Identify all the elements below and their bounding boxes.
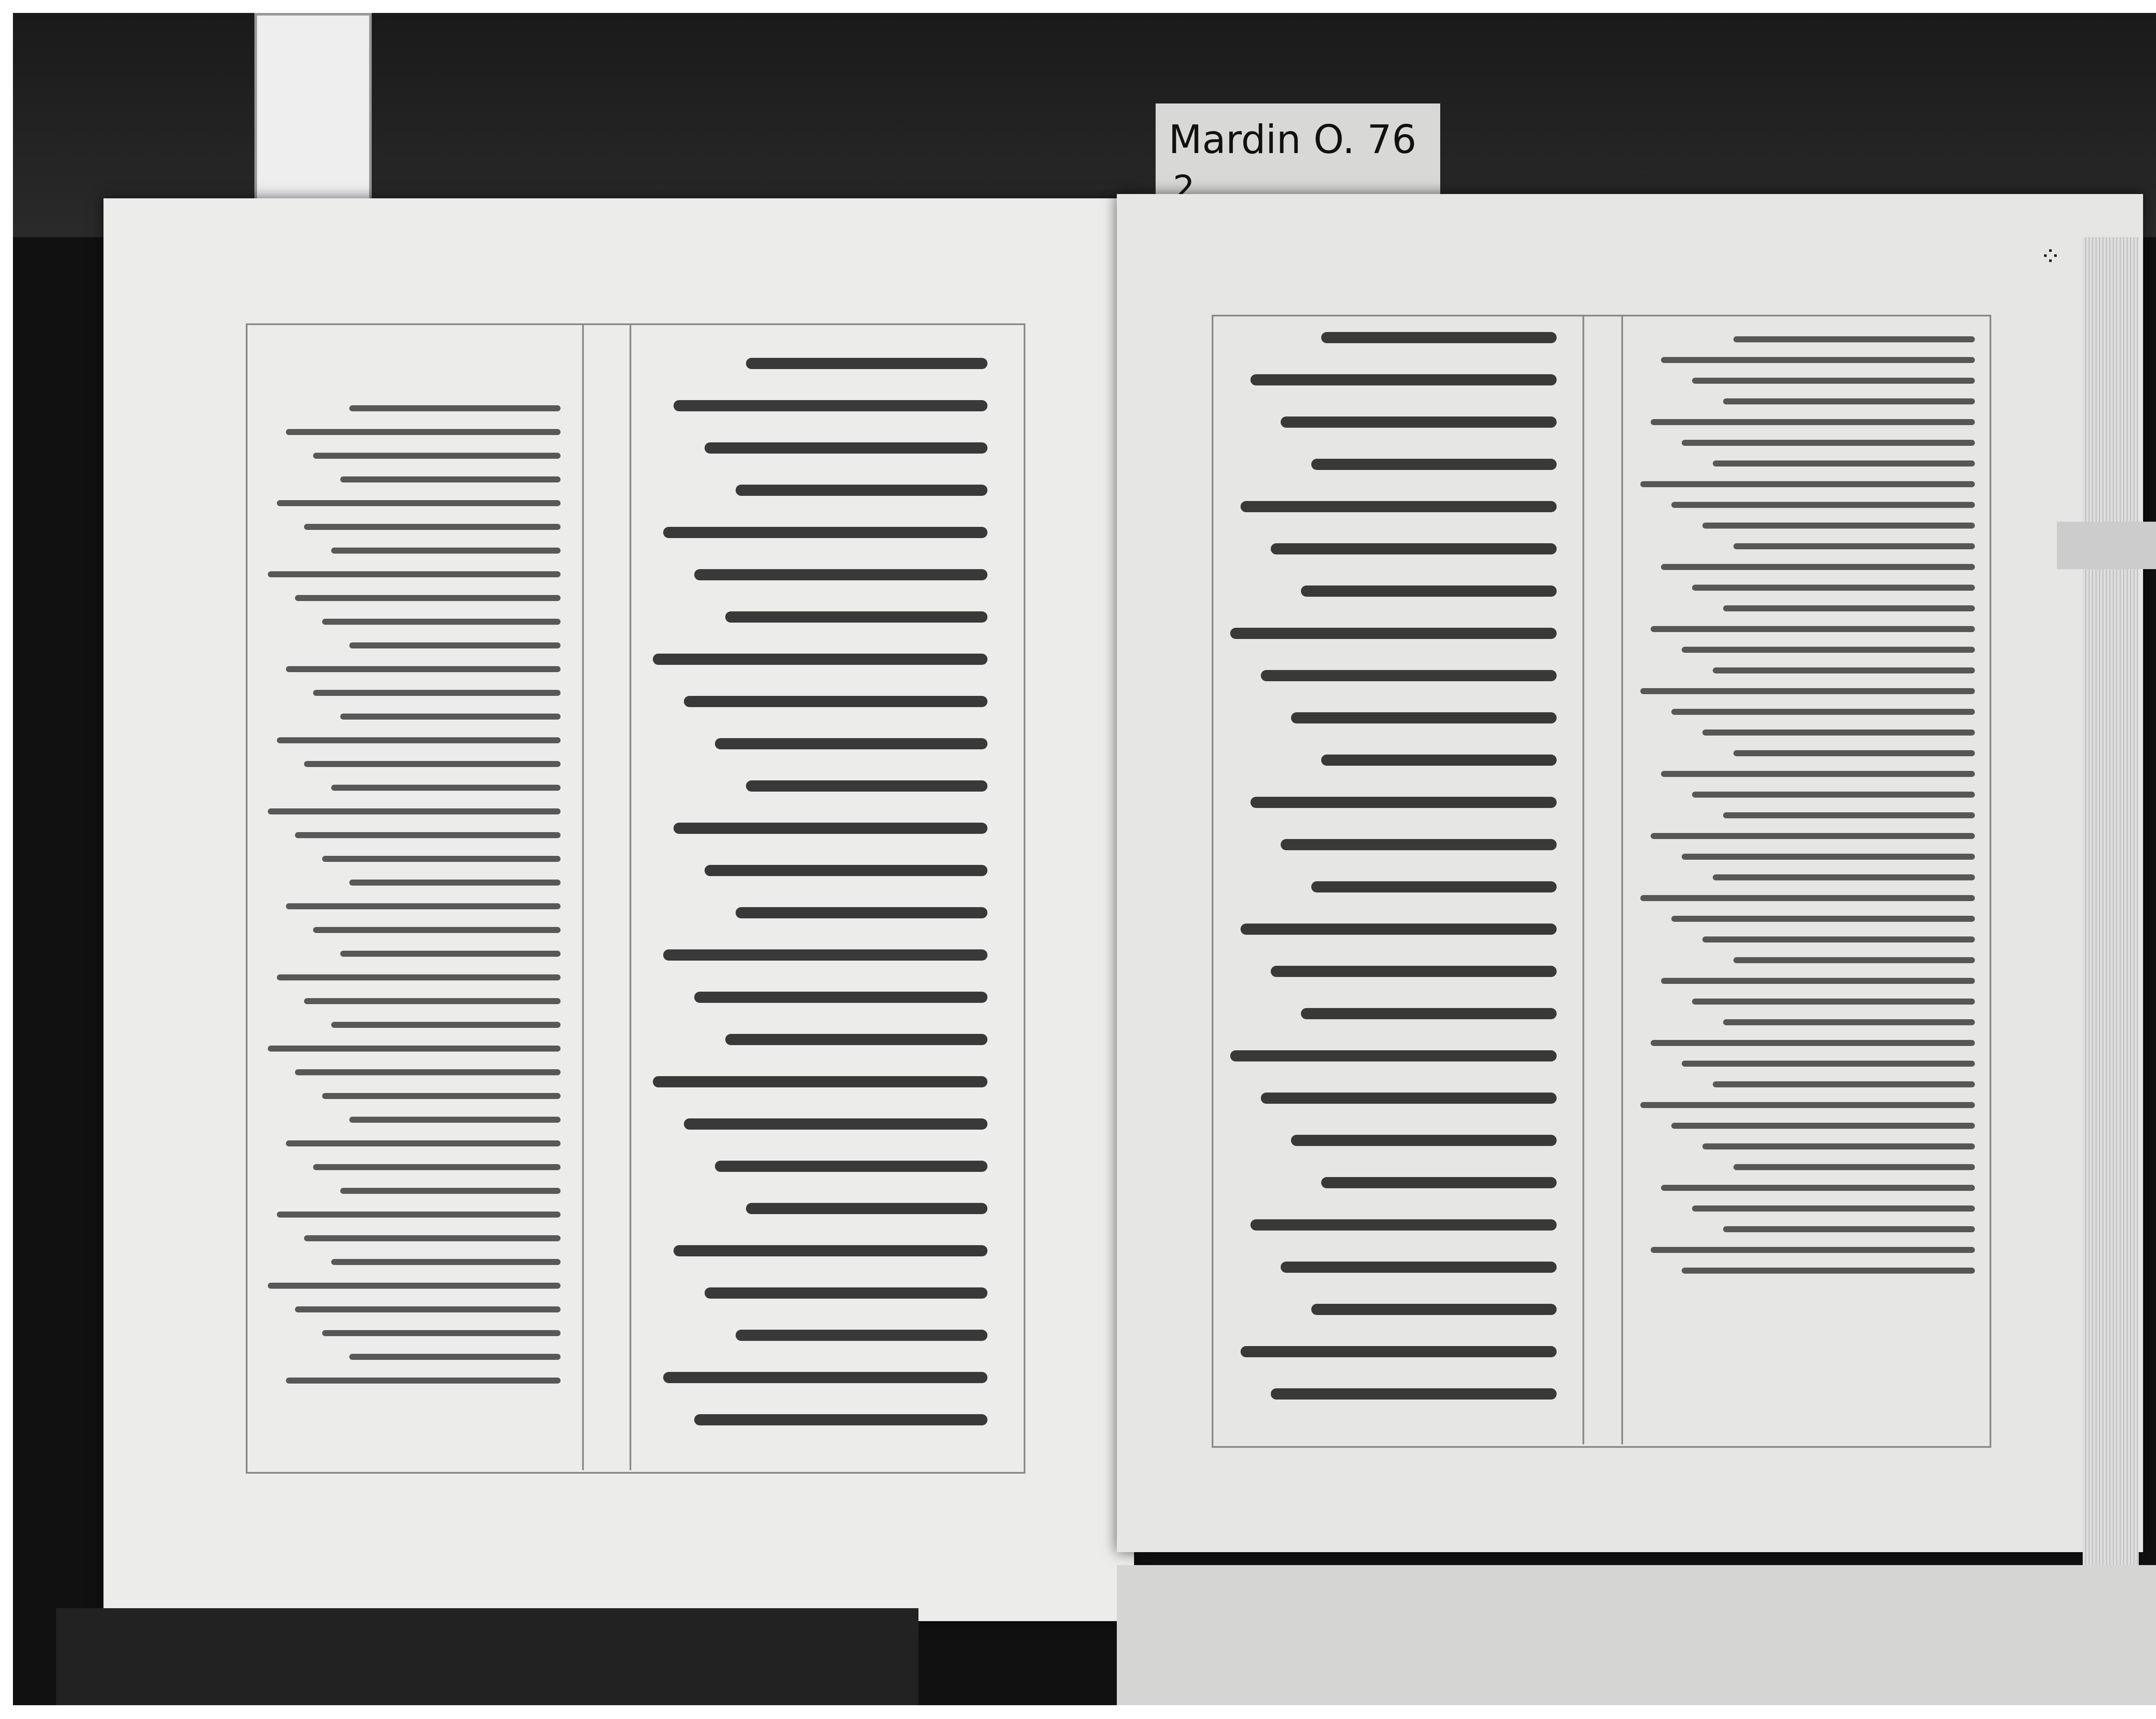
text-line: [705, 865, 987, 876]
text-line: [1311, 459, 1557, 470]
text-line: [322, 856, 561, 862]
text-line: [674, 1245, 987, 1256]
text-line: [277, 974, 561, 980]
right-column-divider: [1583, 315, 1584, 1444]
text-line: [1661, 978, 1975, 984]
text-line: [1651, 419, 1975, 425]
text-line: [1671, 709, 1975, 715]
text-line: [1311, 881, 1557, 892]
text-line: [340, 951, 561, 957]
text-line: [304, 761, 561, 767]
text-line: [684, 696, 987, 707]
text-line: [1723, 812, 1975, 818]
text-line: [663, 949, 987, 961]
text-line: [1241, 1346, 1557, 1357]
text-line: [331, 548, 561, 554]
text-line: [1281, 839, 1557, 850]
text-line: [1261, 670, 1557, 681]
text-line: [304, 1235, 561, 1241]
text-line: [331, 1022, 561, 1028]
text-line: [725, 611, 987, 623]
text-line: [1640, 688, 1975, 694]
text-line: [349, 405, 561, 411]
text-line: [1733, 1164, 1975, 1170]
text-line: [1702, 1143, 1975, 1149]
text-line: [1671, 502, 1975, 508]
text-line: [1733, 957, 1975, 963]
text-line: [1702, 936, 1975, 942]
text-line: [1713, 1081, 1975, 1087]
text-line: [313, 453, 561, 459]
left-column-divider-2: [630, 323, 631, 1470]
text-line: [1661, 564, 1975, 570]
text-line: [1692, 1205, 1975, 1212]
text-line: [1682, 854, 1975, 860]
text-line: [1713, 460, 1975, 467]
text-line: [1321, 1177, 1557, 1188]
text-line: [705, 1287, 987, 1299]
text-line: [1281, 416, 1557, 428]
text-line: [340, 1188, 561, 1194]
text-line: [1651, 1247, 1975, 1253]
text-line: [1250, 1219, 1557, 1231]
text-line: [286, 1378, 561, 1384]
text-line: [331, 1259, 561, 1265]
text-line: [1241, 924, 1557, 935]
text-line: [1230, 628, 1557, 639]
text-line: [715, 1161, 987, 1172]
text-line: [746, 1203, 987, 1214]
text-line: [1692, 585, 1975, 591]
text-line: [1271, 1388, 1557, 1400]
text-line: [286, 1140, 561, 1146]
text-line: [1281, 1262, 1557, 1273]
text-line: [736, 1330, 987, 1341]
text-line: [304, 524, 561, 530]
text-line: [1733, 336, 1975, 342]
text-line: [1640, 481, 1975, 487]
text-line: [653, 1076, 987, 1087]
text-line: [694, 569, 987, 580]
text-line: [1702, 730, 1975, 736]
text-line: [1291, 712, 1557, 723]
text-line: [1682, 440, 1975, 446]
text-line: [1661, 771, 1975, 777]
photo-frame: Mardin O. 76 2 ⁘: [13, 13, 2156, 1705]
text-line: [322, 1330, 561, 1336]
text-line: [331, 785, 561, 791]
text-line: [746, 780, 987, 792]
text-line: [1640, 895, 1975, 901]
text-line: [1692, 378, 1975, 384]
text-line: [286, 903, 561, 909]
page-clip-right: [2057, 522, 2156, 569]
text-line: [1250, 374, 1557, 385]
text-line: [286, 666, 561, 672]
right-column-divider-2: [1621, 315, 1623, 1444]
text-line: [694, 992, 987, 1003]
text-line: [1301, 1008, 1557, 1019]
text-line: [313, 1164, 561, 1170]
text-line: [674, 400, 987, 411]
text-line: [1250, 797, 1557, 808]
text-line: [694, 1414, 987, 1425]
shelfmark-text: Mardin O. 76: [1169, 121, 1416, 160]
text-line: [674, 823, 987, 834]
text-line: [1733, 750, 1975, 756]
text-line: [1723, 1019, 1975, 1025]
text-line: [1661, 1185, 1975, 1191]
text-line: [736, 485, 987, 496]
book-cushion: [1117, 1565, 2156, 1705]
text-line: [322, 1093, 561, 1099]
left-column-divider: [582, 323, 584, 1470]
text-line: [295, 1069, 561, 1075]
text-line: [705, 442, 987, 454]
text-line: [295, 1306, 561, 1312]
text-line: [1321, 332, 1557, 343]
left-page: [103, 198, 1134, 1621]
text-line: [286, 429, 561, 435]
text-line: [268, 571, 561, 577]
text-line: [349, 1117, 561, 1123]
text-line: [1713, 667, 1975, 673]
text-line: [1682, 1061, 1975, 1067]
text-line: [1723, 1226, 1975, 1232]
text-line: [313, 690, 561, 696]
text-line: [1301, 586, 1557, 597]
text-line: [1723, 398, 1975, 404]
text-line: [1651, 626, 1975, 632]
text-line: [277, 1212, 561, 1218]
text-line: [349, 642, 561, 648]
text-line: [1651, 833, 1975, 839]
text-line: [268, 1046, 561, 1052]
text-line: [1230, 1050, 1557, 1061]
text-line: [1261, 1093, 1557, 1104]
text-line: [1692, 999, 1975, 1005]
text-line: [1682, 1268, 1975, 1274]
text-line: [1241, 501, 1557, 512]
text-line: [268, 808, 561, 814]
text-line: [295, 832, 561, 838]
text-line: [1640, 1102, 1975, 1108]
text-line: [736, 907, 987, 918]
text-line: [1671, 916, 1975, 922]
text-line: [1271, 966, 1557, 977]
text-line: [1723, 605, 1975, 611]
text-line: [277, 737, 561, 743]
text-line: [1271, 543, 1557, 554]
text-line: [304, 998, 561, 1004]
text-line: [295, 595, 561, 601]
book-cover: [56, 1608, 918, 1705]
text-line: [1682, 647, 1975, 653]
text-line: [1651, 1040, 1975, 1046]
left-ruling: [246, 323, 1025, 1474]
text-line: [1661, 357, 1975, 363]
text-line: [322, 619, 561, 625]
text-line: [1702, 523, 1975, 529]
text-line: [268, 1283, 561, 1289]
text-line: [1291, 1135, 1557, 1146]
text-line: [1713, 874, 1975, 880]
text-line: [340, 476, 561, 482]
text-line: [653, 654, 987, 665]
text-line: [663, 527, 987, 538]
text-line: [349, 880, 561, 886]
right-page: [1117, 194, 2143, 1552]
text-line: [746, 358, 987, 369]
text-line: [1692, 792, 1975, 798]
text-line: [663, 1372, 987, 1383]
ornament: ⁘: [2040, 241, 2061, 272]
text-line: [1733, 543, 1975, 549]
text-line: [349, 1354, 561, 1360]
page-edges: [2083, 237, 2139, 1574]
text-line: [1321, 755, 1557, 766]
text-line: [277, 500, 561, 506]
text-line: [1311, 1304, 1557, 1315]
text-line: [715, 738, 987, 749]
text-line: [313, 927, 561, 933]
text-line: [684, 1118, 987, 1130]
text-line: [340, 714, 561, 720]
text-line: [1671, 1123, 1975, 1129]
text-line: [725, 1034, 987, 1045]
